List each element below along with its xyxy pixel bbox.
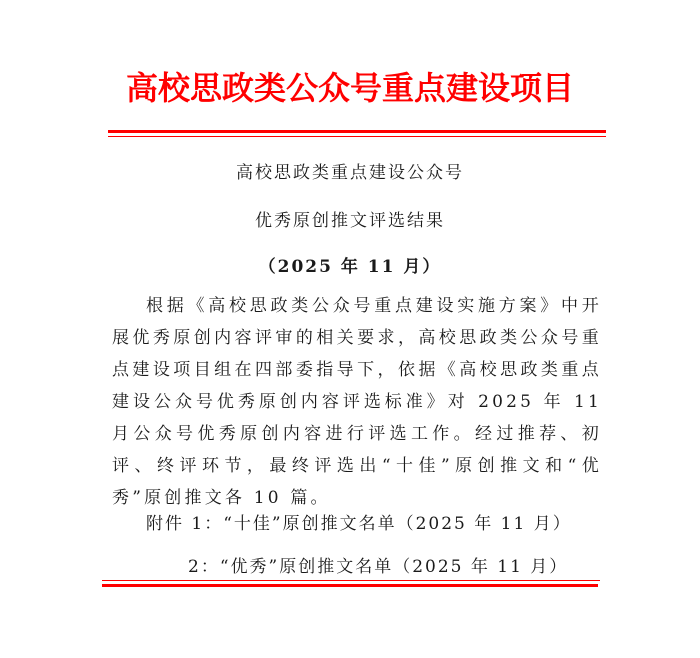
attachment-2: 2：“优秀”原创推文名单（2025 年 11 月）: [188, 552, 568, 577]
footer-rule-thin: [102, 580, 600, 581]
document-date: （2025 年 11 月）: [0, 252, 700, 277]
footer-rule-thick: [102, 584, 598, 587]
document-title-line-1: 高校思政类重点建设公众号: [0, 158, 700, 183]
masthead-title: 高校思政类公众号重点建设项目: [0, 64, 700, 112]
masthead-rule-thick: [108, 130, 606, 133]
attachment-1: 附件 1：“十佳”原创推文名单（2025 年 11 月）: [146, 509, 572, 534]
document-title-line-2: 优秀原创推文评选结果: [0, 206, 700, 231]
body-paragraph: 根据《高校思政类公众号重点建设实施方案》中开展优秀原创内容评审的相关要求，高校思…: [112, 290, 602, 514]
masthead-rule-thin: [108, 136, 606, 137]
